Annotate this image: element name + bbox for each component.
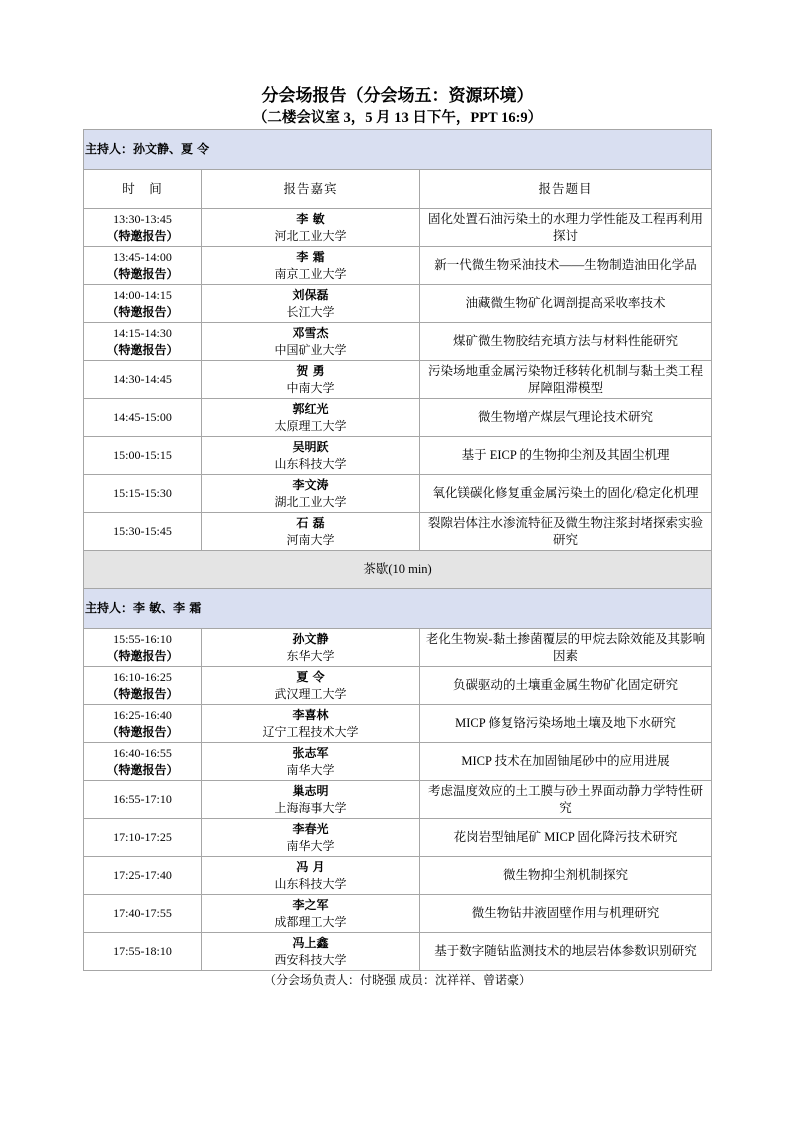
speaker-name: 孙文静 (204, 631, 417, 648)
speaker-affiliation: 辽宁工程技术大学 (204, 724, 417, 741)
guest-cell: 冯 月山东科技大学 (202, 857, 420, 895)
table-row: 13:45-14:00（特邀报告） 李 霜南京工业大学 新一代微生物采油技术——… (84, 247, 712, 285)
talk-topic: 基于数字随钻监测技术的地层岩体参数识别研究 (422, 943, 709, 960)
speaker-affiliation: 山东科技大学 (204, 456, 417, 473)
time-range: 15:30-15:45 (86, 523, 199, 540)
talk-topic: 考虑温度效应的土工膜与砂土界面动静力学特性研究 (422, 783, 709, 817)
speaker-name: 李 霜 (204, 249, 417, 266)
invited-badge: （特邀报告） (86, 762, 199, 779)
time-cell: 17:40-17:55 (84, 895, 202, 933)
guest-cell: 张志军南华大学 (202, 743, 420, 781)
talk-topic: 污染场地重金属污染物迁移转化机制与黏土类工程屏障阻滞模型 (422, 363, 709, 397)
speaker-name: 李文涛 (204, 477, 417, 494)
time-cell: 15:55-16:10（特邀报告） (84, 629, 202, 667)
time-range: 17:55-18:10 (86, 943, 199, 960)
time-range: 15:15-15:30 (86, 485, 199, 502)
guest-cell: 夏 令武汉理工大学 (202, 667, 420, 705)
time-cell: 14:00-14:15（特邀报告） (84, 285, 202, 323)
topic-cell: 微生物抑尘剂机制探究 (420, 857, 712, 895)
table-row: 15:15-15:30 李文涛湖北工业大学 氧化镁碳化修复重金属污染土的固化/稳… (84, 475, 712, 513)
topic-cell: 固化处置石油污染土的水理力学性能及工程再利用探讨 (420, 209, 712, 247)
guest-cell: 石 磊河南大学 (202, 513, 420, 551)
talk-topic: 微生物抑尘剂机制探究 (422, 867, 709, 884)
topic-cell: MICP 技术在加固铀尾砂中的应用进展 (420, 743, 712, 781)
time-range: 17:40-17:55 (86, 905, 199, 922)
table-row: 17:40-17:55 李之军成都理工大学 微生物钻井液固壁作用与机理研究 (84, 895, 712, 933)
time-range: 16:25-16:40 (86, 707, 199, 724)
session-staff-note: （分会场负责人：付晓强 成员：沈祥祥、曾诺豪） (0, 971, 795, 989)
column-header-guest: 报告嘉宾 (202, 170, 420, 209)
topic-cell: 污染场地重金属污染物迁移转化机制与黏土类工程屏障阻滞模型 (420, 361, 712, 399)
time-range: 14:45-15:00 (86, 409, 199, 426)
time-cell: 15:00-15:15 (84, 437, 202, 475)
talk-topic: 基于 EICP 的生物抑尘剂及其固尘机理 (422, 447, 709, 464)
invited-badge: （特邀报告） (86, 724, 199, 741)
schedule-table: 主持人：孙文静、夏 令 时 间 报告嘉宾 报告题目 13:30-13:45（特邀… (83, 129, 712, 971)
speaker-name: 冯 月 (204, 859, 417, 876)
time-cell: 13:30-13:45（特邀报告） (84, 209, 202, 247)
time-cell: 16:55-17:10 (84, 781, 202, 819)
guest-cell: 贺 勇中南大学 (202, 361, 420, 399)
time-range: 14:15-14:30 (86, 325, 199, 342)
speaker-affiliation: 南华大学 (204, 838, 417, 855)
speaker-affiliation: 山东科技大学 (204, 876, 417, 893)
speaker-affiliation: 湖北工业大学 (204, 494, 417, 511)
speaker-affiliation: 河南大学 (204, 532, 417, 549)
talk-topic: MICP 技术在加固铀尾砂中的应用进展 (422, 753, 709, 770)
speaker-name: 张志军 (204, 745, 417, 762)
guest-cell: 孙文静东华大学 (202, 629, 420, 667)
guest-cell: 李之军成都理工大学 (202, 895, 420, 933)
guest-cell: 李 霜南京工业大学 (202, 247, 420, 285)
session-host-row: 主持人：孙文静、夏 令 (84, 130, 712, 170)
invited-badge: （特邀报告） (86, 304, 199, 321)
speaker-name: 刘保磊 (204, 287, 417, 304)
speaker-affiliation: 武汉理工大学 (204, 686, 417, 703)
column-header-topic: 报告题目 (420, 170, 712, 209)
speaker-affiliation: 成都理工大学 (204, 914, 417, 931)
invited-badge: （特邀报告） (86, 648, 199, 665)
talk-topic: 花岗岩型铀尾矿 MICP 固化降污技术研究 (422, 829, 709, 846)
talk-topic: 油藏微生物矿化调剖提高采收率技术 (422, 295, 709, 312)
talk-topic: 氧化镁碳化修复重金属污染土的固化/稳定化机理 (422, 485, 709, 502)
topic-cell: 微生物钻井液固壁作用与机理研究 (420, 895, 712, 933)
speaker-name: 郭红光 (204, 401, 417, 418)
topic-cell: 花岗岩型铀尾矿 MICP 固化降污技术研究 (420, 819, 712, 857)
guest-cell: 吴明跃山东科技大学 (202, 437, 420, 475)
speaker-name: 石 磊 (204, 515, 417, 532)
speaker-name: 李之军 (204, 897, 417, 914)
time-range: 13:45-14:00 (86, 249, 199, 266)
speaker-name: 李 敏 (204, 211, 417, 228)
time-range: 16:10-16:25 (86, 669, 199, 686)
table-row: 16:25-16:40（特邀报告） 李喜林辽宁工程技术大学 MICP 修复铬污染… (84, 705, 712, 743)
schedule-body: 主持人：孙文静、夏 令 时 间 报告嘉宾 报告题目 13:30-13:45（特邀… (84, 130, 712, 971)
table-row: 14:15-14:30（特邀报告） 邓雪杰中国矿业大学 煤矿微生物胶结充填方法与… (84, 323, 712, 361)
topic-cell: 油藏微生物矿化调剖提高采收率技术 (420, 285, 712, 323)
time-cell: 16:25-16:40（特邀报告） (84, 705, 202, 743)
topic-cell: 煤矿微生物胶结充填方法与材料性能研究 (420, 323, 712, 361)
topic-cell: 裂隙岩体注水渗流特征及微生物注浆封堵探索实验研究 (420, 513, 712, 551)
topic-cell: 负碳驱动的土壤重金属生物矿化固定研究 (420, 667, 712, 705)
time-cell: 17:55-18:10 (84, 933, 202, 971)
topic-cell: 基于数字随钻监测技术的地层岩体参数识别研究 (420, 933, 712, 971)
talk-topic: 新一代微生物采油技术——生物制造油田化学品 (422, 257, 709, 274)
table-row: 14:45-15:00 郭红光太原理工大学 微生物增产煤层气理论技术研究 (84, 399, 712, 437)
time-cell: 14:15-14:30（特邀报告） (84, 323, 202, 361)
time-range: 14:00-14:15 (86, 287, 199, 304)
page-title: 分会场报告（分会场五：资源环境） (0, 84, 795, 108)
guest-cell: 巢志明上海海事大学 (202, 781, 420, 819)
tea-break-label: 茶歇(10 min) (84, 551, 712, 589)
topic-cell: MICP 修复铬污染场地土壤及地下水研究 (420, 705, 712, 743)
time-cell: 17:25-17:40 (84, 857, 202, 895)
speaker-affiliation: 南京工业大学 (204, 266, 417, 283)
time-range: 16:40-16:55 (86, 745, 199, 762)
speaker-name: 冯上鑫 (204, 935, 417, 952)
speaker-affiliation: 西安科技大学 (204, 952, 417, 969)
speaker-name: 吴明跃 (204, 439, 417, 456)
speaker-name: 夏 令 (204, 669, 417, 686)
invited-badge: （特邀报告） (86, 686, 199, 703)
time-cell: 14:30-14:45 (84, 361, 202, 399)
speaker-affiliation: 长江大学 (204, 304, 417, 321)
table-header-row: 时 间 报告嘉宾 报告题目 (84, 170, 712, 209)
guest-cell: 冯上鑫西安科技大学 (202, 933, 420, 971)
speaker-name: 邓雪杰 (204, 325, 417, 342)
time-cell: 16:40-16:55（特邀报告） (84, 743, 202, 781)
time-cell: 17:10-17:25 (84, 819, 202, 857)
topic-cell: 氧化镁碳化修复重金属污染土的固化/稳定化机理 (420, 475, 712, 513)
table-row: 16:40-16:55（特邀报告） 张志军南华大学 MICP 技术在加固铀尾砂中… (84, 743, 712, 781)
guest-cell: 刘保磊长江大学 (202, 285, 420, 323)
guest-cell: 李喜林辽宁工程技术大学 (202, 705, 420, 743)
speaker-affiliation: 东华大学 (204, 648, 417, 665)
time-cell: 15:30-15:45 (84, 513, 202, 551)
session-host-label: 主持人：李 敏、李 霜 (84, 589, 712, 629)
speaker-affiliation: 太原理工大学 (204, 418, 417, 435)
table-row: 15:00-15:15 吴明跃山东科技大学 基于 EICP 的生物抑尘剂及其固尘… (84, 437, 712, 475)
topic-cell: 新一代微生物采油技术——生物制造油田化学品 (420, 247, 712, 285)
table-row: 17:10-17:25 李春光南华大学 花岗岩型铀尾矿 MICP 固化降污技术研… (84, 819, 712, 857)
table-row: 15:30-15:45 石 磊河南大学 裂隙岩体注水渗流特征及微生物注浆封堵探索… (84, 513, 712, 551)
talk-topic: 老化生物炭-黏土掺菌覆层的甲烷去除效能及其影响因素 (422, 631, 709, 665)
guest-cell: 李 敏河北工业大学 (202, 209, 420, 247)
guest-cell: 郭红光太原理工大学 (202, 399, 420, 437)
session-host-row: 主持人：李 敏、李 霜 (84, 589, 712, 629)
time-cell: 14:45-15:00 (84, 399, 202, 437)
topic-cell: 考虑温度效应的土工膜与砂土界面动静力学特性研究 (420, 781, 712, 819)
session-host-label: 主持人：孙文静、夏 令 (84, 130, 712, 170)
speaker-affiliation: 上海海事大学 (204, 800, 417, 817)
time-range: 17:25-17:40 (86, 867, 199, 884)
speaker-affiliation: 南华大学 (204, 762, 417, 779)
time-cell: 13:45-14:00（特邀报告） (84, 247, 202, 285)
time-range: 14:30-14:45 (86, 371, 199, 388)
table-row: 14:30-14:45 贺 勇中南大学 污染场地重金属污染物迁移转化机制与黏土类… (84, 361, 712, 399)
speaker-affiliation: 中国矿业大学 (204, 342, 417, 359)
column-header-time: 时 间 (84, 170, 202, 209)
time-cell: 15:15-15:30 (84, 475, 202, 513)
speaker-name: 贺 勇 (204, 363, 417, 380)
guest-cell: 李春光南华大学 (202, 819, 420, 857)
table-row: 17:25-17:40 冯 月山东科技大学 微生物抑尘剂机制探究 (84, 857, 712, 895)
talk-topic: 裂隙岩体注水渗流特征及微生物注浆封堵探索实验研究 (422, 515, 709, 549)
time-cell: 16:10-16:25（特邀报告） (84, 667, 202, 705)
topic-cell: 基于 EICP 的生物抑尘剂及其固尘机理 (420, 437, 712, 475)
talk-topic: MICP 修复铬污染场地土壤及地下水研究 (422, 715, 709, 732)
time-range: 13:30-13:45 (86, 211, 199, 228)
time-range: 15:55-16:10 (86, 631, 199, 648)
topic-cell: 微生物增产煤层气理论技术研究 (420, 399, 712, 437)
table-row: 16:10-16:25（特邀报告） 夏 令武汉理工大学 负碳驱动的土壤重金属生物… (84, 667, 712, 705)
tea-break-row: 茶歇(10 min) (84, 551, 712, 589)
speaker-name: 李春光 (204, 821, 417, 838)
invited-badge: （特邀报告） (86, 228, 199, 245)
talk-topic: 微生物钻井液固壁作用与机理研究 (422, 905, 709, 922)
time-range: 16:55-17:10 (86, 791, 199, 808)
table-row: 14:00-14:15（特邀报告） 刘保磊长江大学 油藏微生物矿化调剖提高采收率… (84, 285, 712, 323)
topic-cell: 老化生物炭-黏土掺菌覆层的甲烷去除效能及其影响因素 (420, 629, 712, 667)
time-range: 17:10-17:25 (86, 829, 199, 846)
speaker-name: 李喜林 (204, 707, 417, 724)
talk-topic: 固化处置石油污染土的水理力学性能及工程再利用探讨 (422, 211, 709, 245)
table-row: 13:30-13:45（特邀报告） 李 敏河北工业大学 固化处置石油污染土的水理… (84, 209, 712, 247)
table-row: 16:55-17:10 巢志明上海海事大学 考虑温度效应的土工膜与砂土界面动静力… (84, 781, 712, 819)
talk-topic: 负碳驱动的土壤重金属生物矿化固定研究 (422, 677, 709, 694)
speaker-affiliation: 中南大学 (204, 380, 417, 397)
speaker-affiliation: 河北工业大学 (204, 228, 417, 245)
time-range: 15:00-15:15 (86, 447, 199, 464)
page-subtitle: （二楼会议室 3，5 月 13 日下午，PPT 16:9） (0, 108, 795, 128)
invited-badge: （特邀报告） (86, 342, 199, 359)
invited-badge: （特邀报告） (86, 266, 199, 283)
table-row: 15:55-16:10（特邀报告） 孙文静东华大学 老化生物炭-黏土掺菌覆层的甲… (84, 629, 712, 667)
table-row: 17:55-18:10 冯上鑫西安科技大学 基于数字随钻监测技术的地层岩体参数识… (84, 933, 712, 971)
guest-cell: 邓雪杰中国矿业大学 (202, 323, 420, 361)
speaker-name: 巢志明 (204, 783, 417, 800)
talk-topic: 微生物增产煤层气理论技术研究 (422, 409, 709, 426)
talk-topic: 煤矿微生物胶结充填方法与材料性能研究 (422, 333, 709, 350)
guest-cell: 李文涛湖北工业大学 (202, 475, 420, 513)
